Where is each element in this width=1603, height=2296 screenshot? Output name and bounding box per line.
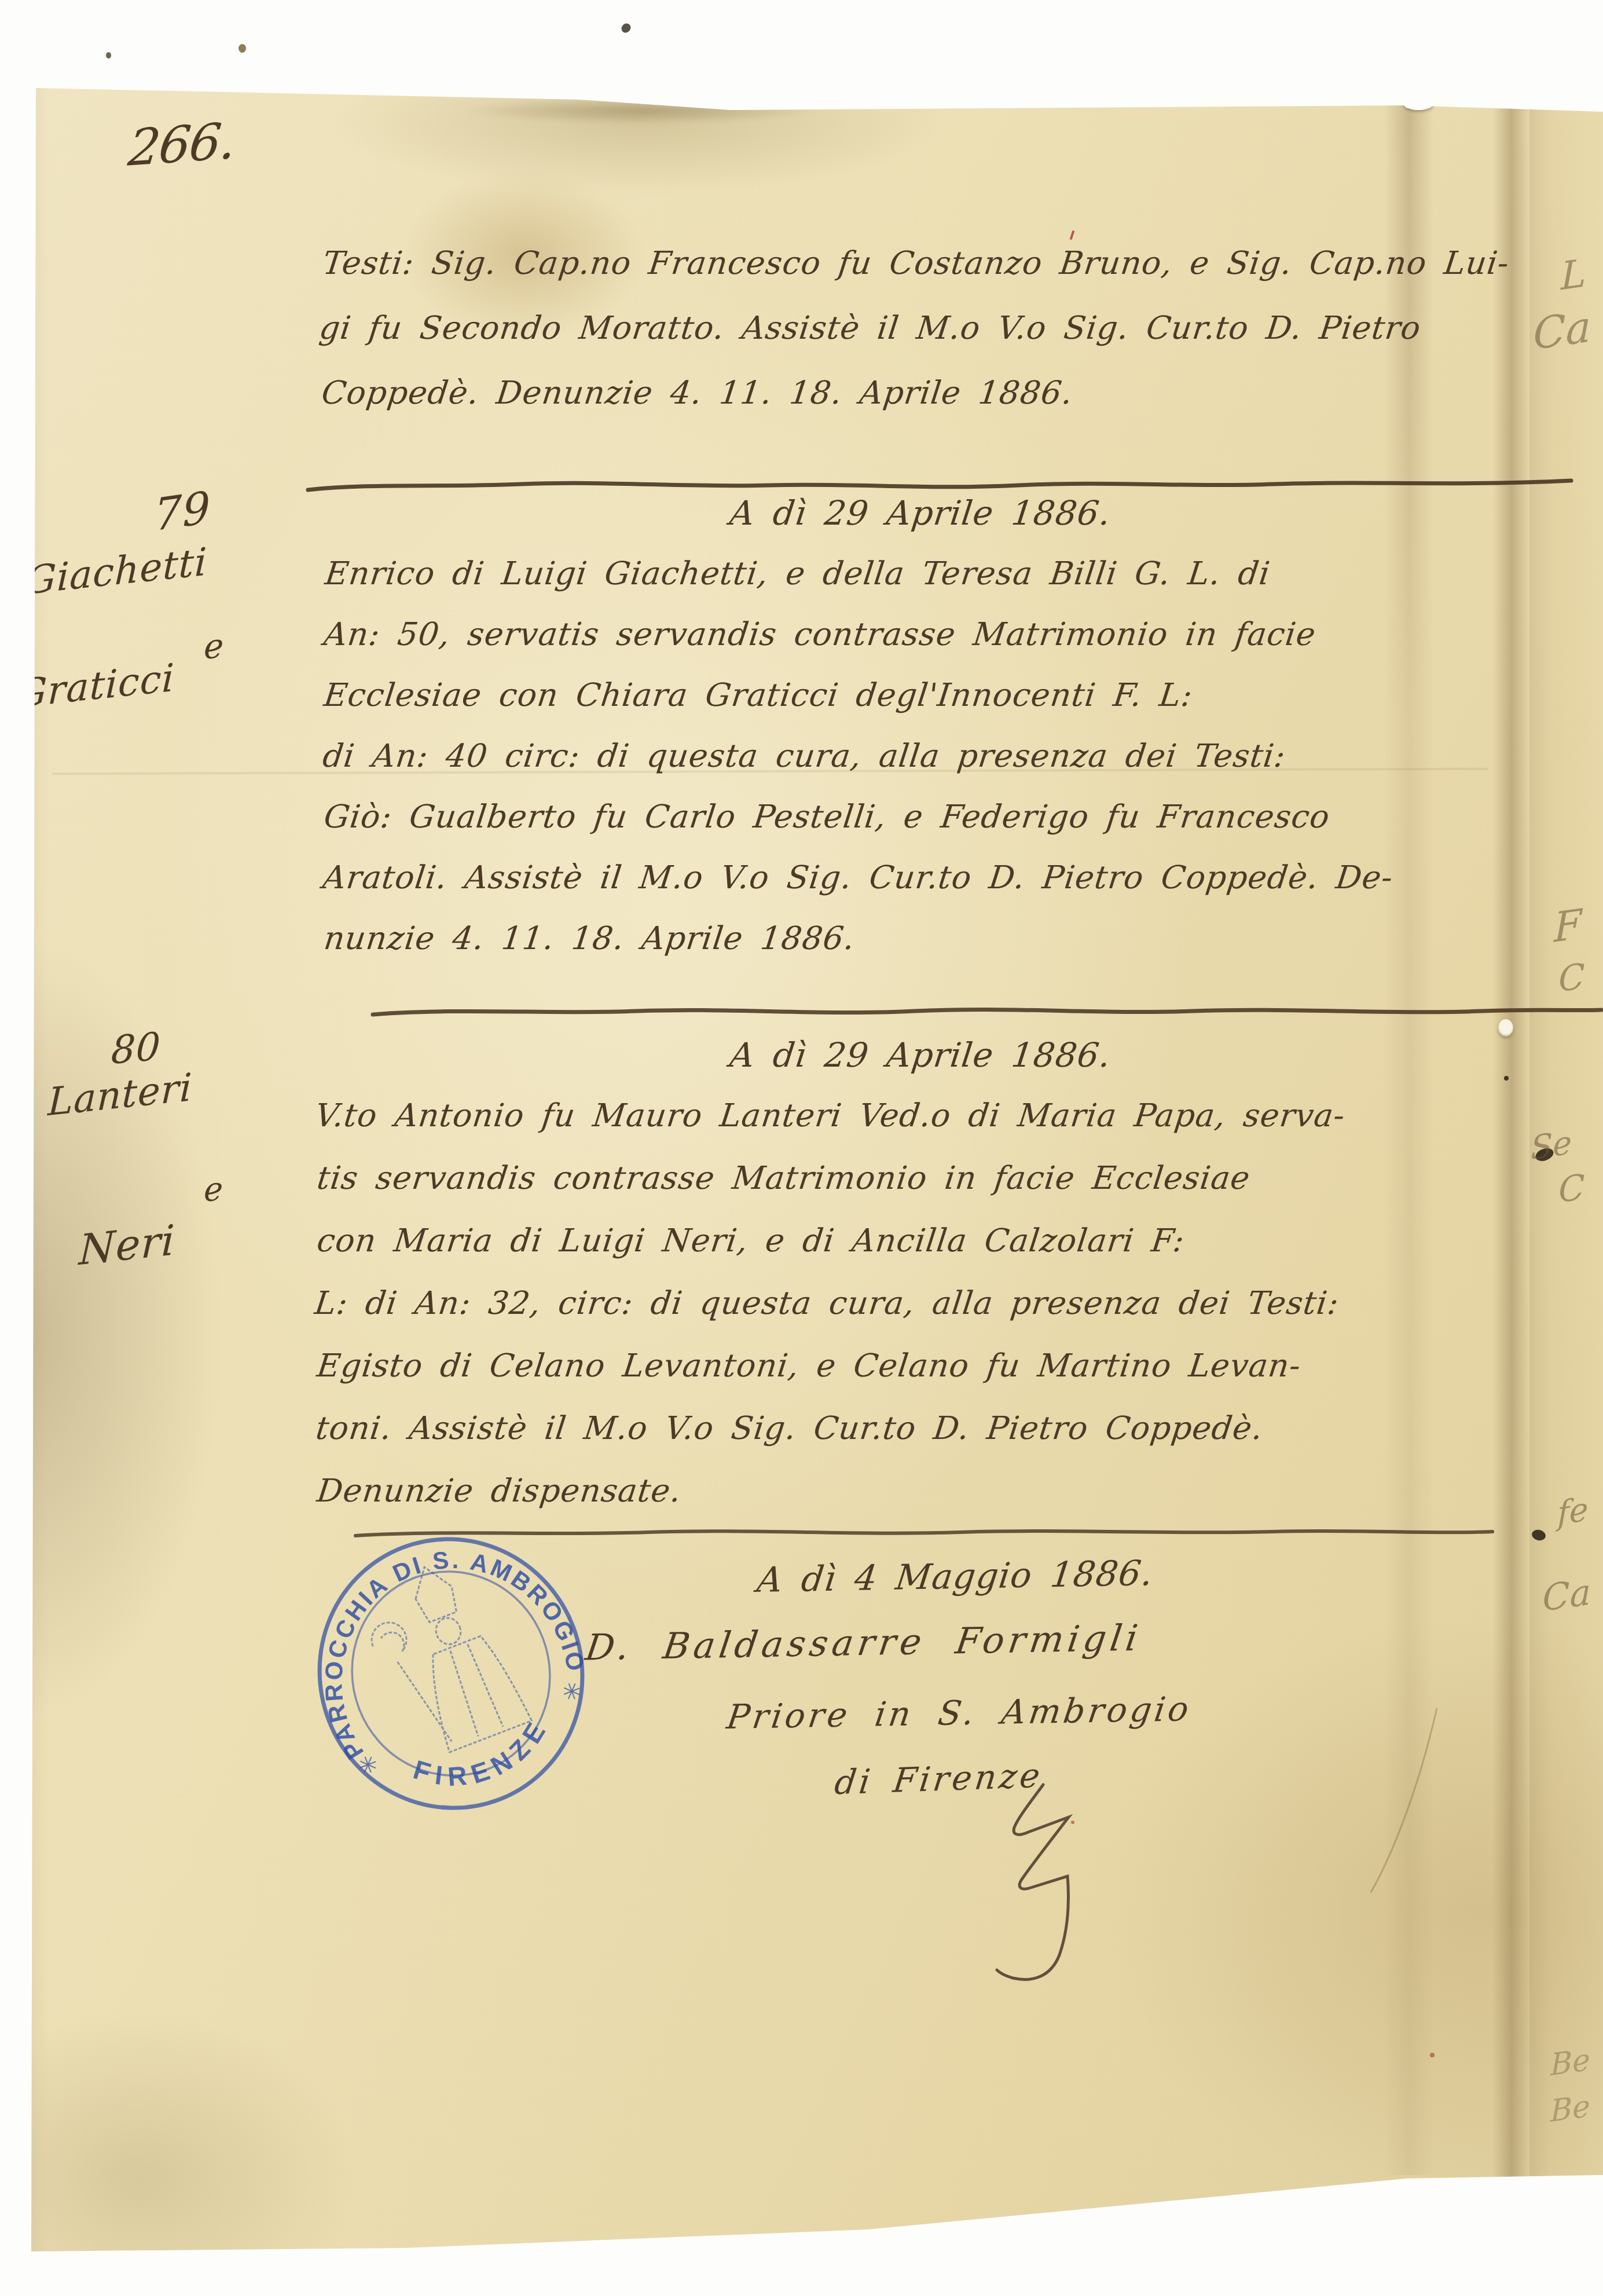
paper-crease-line [1371,1708,1437,1892]
crozier-curl [366,1617,410,1660]
dust-speck [619,21,632,35]
vestment-stripe [468,1643,503,1728]
crozier-staff [398,1654,452,1749]
scanner-background: 266. Testi: Sig. Cap.no Francesco fu Cos… [0,0,1603,2296]
bishop-head [432,1614,465,1648]
dust-speck [106,52,111,58]
register-page: 266. Testi: Sig. Cap.no Francesco fu Cos… [0,0,1603,2296]
divider-rule-1 [308,481,1571,490]
stamp-star-left-icon: ✳ [354,1749,382,1781]
ink-overlay [0,0,1603,2296]
signature-paraph [997,1785,1069,1979]
divider-rule-2 [373,1009,1601,1015]
vestment-stripe [446,1651,482,1737]
dust-speck [239,44,246,53]
